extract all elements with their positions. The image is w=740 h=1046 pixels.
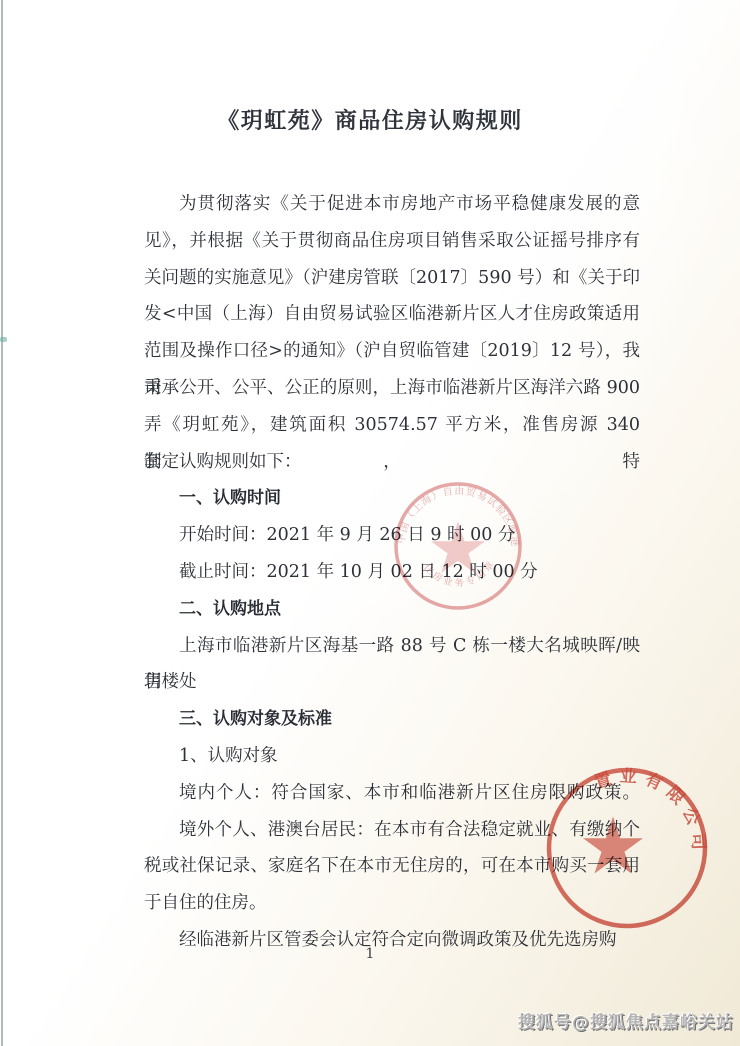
doc-line: 见》，并根据《关于贯彻商品住房项目销售采取公证摇号排序有: [144, 223, 640, 260]
doc-line: 上海市临港新片区海基一路 88 号 C 栋一楼大名城映晖/映玥: [144, 628, 640, 665]
page-number: 1: [0, 946, 740, 962]
doc-line: 发<中国（上海）自由贸易试验区临港新片区人才住房政策适用: [144, 296, 640, 333]
doc-line: 关问题的实施意见》（沪建房管联〔2017〕590 号）和《关于印: [144, 260, 640, 297]
doc-line: 秉承公开、公平、公正的原则，上海市临港新片区海洋六路 900: [144, 370, 640, 407]
doc-line: 境外个人、港澳台居民：在本市有合法稳定就业、有缴纳个: [144, 812, 640, 849]
doc-line: 弄《玥虹苑》，建筑面积 30574.57 平方米，准售房源 340 套，特: [144, 407, 640, 444]
section-heading-2: 二、认购地点: [144, 591, 640, 628]
doc-line: 范围及操作口径>的通知》（沪自贸临管建〔2019〕12 号），我司: [144, 333, 640, 370]
doc-line: 为贯彻落实《关于促进本市房地产市场平稳健康发展的意: [144, 186, 640, 223]
doc-line: 开始时间：2021 年 9 月 26 日 9 时 00 分: [144, 517, 640, 554]
doc-line: 于自住的住房。: [144, 885, 640, 922]
section-heading-3: 三、认购对象及标准: [144, 701, 640, 738]
document-body: 为贯彻落实《关于促进本市房地产市场平稳健康发展的意 见》，并根据《关于贯彻商品住…: [144, 186, 640, 959]
doc-line: 税或社保记录、家庭名下在本市无住房的，可在本市购买一套用: [144, 848, 640, 885]
watermark-text: 搜狐号@搜狐焦点嘉峪关站: [518, 1008, 734, 1033]
document-title: 《玥虹苑》商品住房认购规则: [0, 104, 740, 135]
doc-line: 境内个人：符合国家、本市和临港新片区住房限购政策。: [144, 775, 640, 812]
doc-line: 售楼处: [144, 664, 640, 701]
section-heading-1: 一、认购时间: [144, 480, 640, 517]
scanned-document-page: 《玥虹苑》商品住房认购规则 为贯彻落实《关于促进本市房地产市场平稳健康发展的意 …: [0, 0, 740, 1046]
doc-line: 1、认购对象: [144, 738, 640, 775]
scan-artifact-mark: [0, 337, 7, 342]
scan-edge-line: [1, 0, 3, 1046]
doc-line: 截止时间：2021 年 10 月 02 日 12 时 00 分: [144, 554, 640, 591]
